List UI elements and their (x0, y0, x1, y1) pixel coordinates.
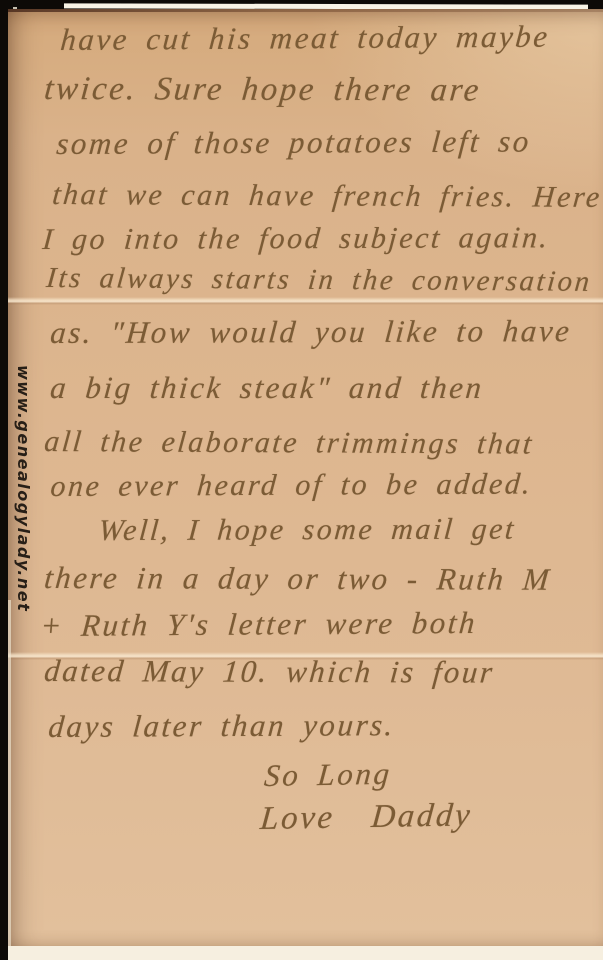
handwriting-line: days later than yours. (47, 707, 396, 744)
handwriting-line: dated May 10. which is four (43, 653, 496, 690)
handwriting-line: that we can have french fries. Here (51, 178, 603, 215)
watermark-text: www.genealogylady.net (9, 365, 33, 633)
handwriting-line: as. "How would you like to have (49, 313, 573, 350)
handwriting-line: I go into the food subject again. (41, 221, 551, 257)
handwriting-line: some of those potatoes left so (55, 124, 532, 162)
closing-line: So Long (263, 756, 393, 794)
letter-paper: www.genealogylady.net have cut his meat … (8, 9, 603, 946)
handwriting-line: + Ruth Y's letter were both (39, 605, 478, 644)
signature-line: Love Daddy (259, 797, 474, 839)
handwriting-line: there in a day or two - Ruth M (43, 560, 553, 597)
handwriting-line: Its always starts in the conversation (45, 262, 593, 299)
letter-scan: www.genealogylady.net have cut his meat … (0, 0, 603, 960)
paper-top-edge (8, 9, 603, 12)
scan-left-white-sliver (8, 600, 11, 946)
handwriting-line: all the elaborate trimmings that (43, 425, 536, 462)
handwriting-line: a big thick steak" and then (49, 370, 485, 406)
handwriting-line: twice. Sure hope there are (43, 71, 483, 110)
handwriting-line: Well, I hope some mail get (97, 513, 517, 549)
scan-bottom-white-sliver (8, 946, 603, 960)
handwriting-line: have cut his meat today maybe (59, 19, 551, 58)
handwriting-line: one ever heard of to be added. (49, 467, 534, 504)
